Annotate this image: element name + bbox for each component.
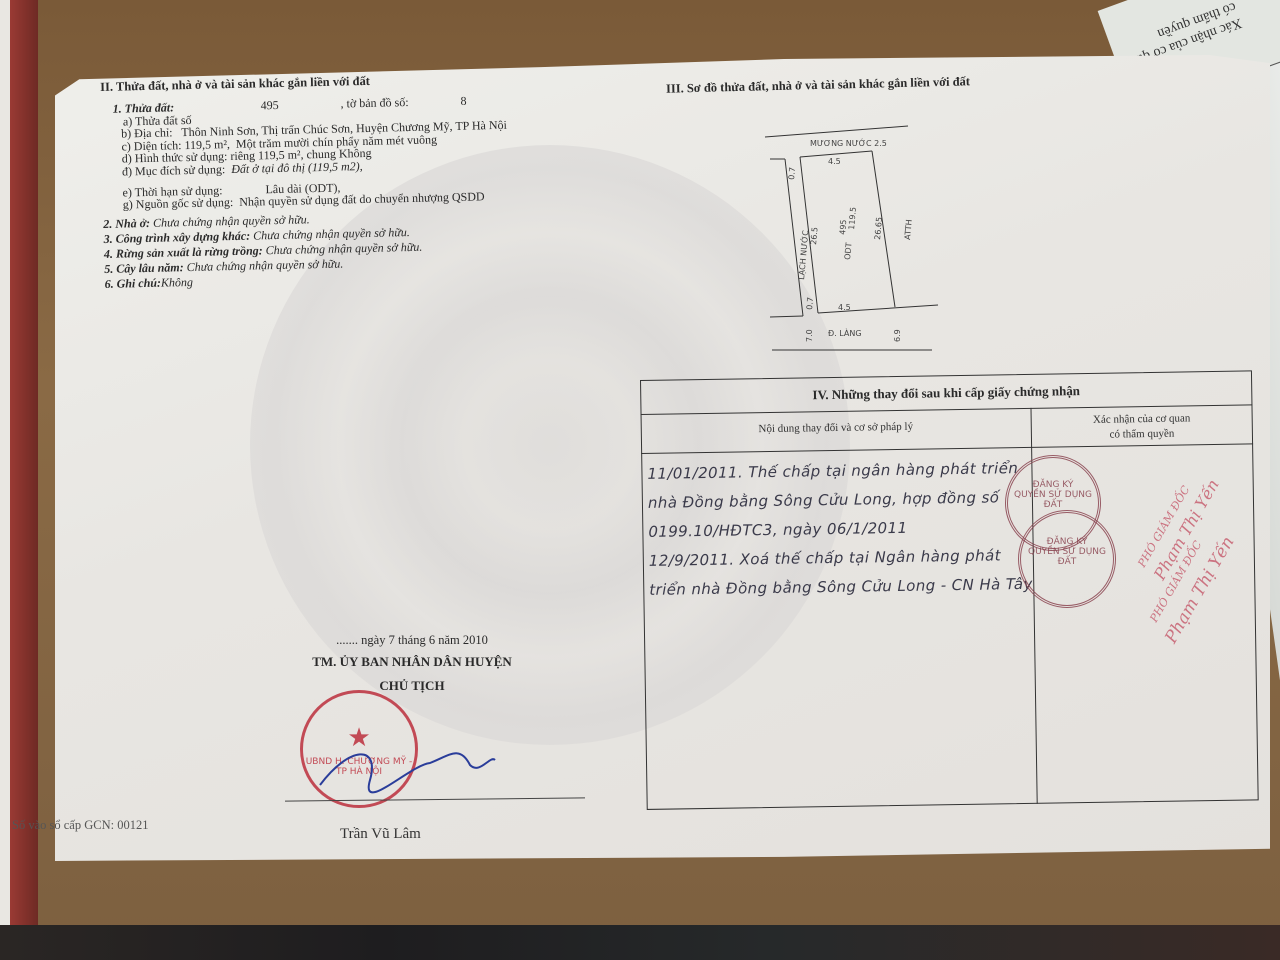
signature-block: ....... ngày 7 tháng 6 năm 2010 TM. ỦY B…	[262, 633, 562, 694]
diagram-left-strip: LẠCH NƯỚC	[795, 229, 811, 280]
diagram-left-strip-bottom: 0.7	[805, 297, 815, 310]
diagram-top-road: MƯƠNG NƯỚC 2.5	[810, 137, 887, 148]
usage-purpose-value: Đất ở tại đô thị (119,5 m2),	[231, 159, 363, 176]
table-row: triển nhà Đồng bằng Sông Cửu Long - CN H…	[649, 570, 1033, 605]
diagram-bottom-right: 6.9	[893, 329, 902, 342]
signer-name: Trần Vũ Lâm	[340, 826, 421, 843]
parcel-diagram: MƯƠNG NƯỚC 2.5 4.5 4.5 Đ. LÀNG 26.5 26.6…	[760, 120, 960, 360]
map-sheet-number: 8	[460, 95, 466, 108]
column-header-confirm: Xác nhận của cơ quan có thẩm quyền	[1031, 410, 1253, 443]
issue-date: ....... ngày 7 tháng 6 năm 2010	[262, 633, 562, 648]
section-land-details: II. Thửa đất, nhà ở và tài sản khác gắn …	[100, 71, 511, 293]
diagram-right-label: ATTH	[903, 219, 914, 240]
diagram-bottom-road: Đ. LÀNG	[828, 327, 862, 338]
background-red-folder	[10, 0, 38, 960]
table-row: nhà Đồng bằng Sông Cửu Long, hợp đồng số	[648, 483, 1032, 518]
origin-label: g) Nguồn gốc sử dụng:	[123, 195, 234, 212]
diagram-parcel-area: 119.5	[847, 207, 858, 231]
parcel-number: 495	[260, 99, 278, 112]
usage-purpose-label: đ) Mục đích sử dụng:	[122, 162, 225, 178]
diagram-top-width: 4.5	[828, 157, 841, 166]
land-label: 1. Thửa đất:	[112, 100, 174, 115]
diagram-bottom-left: 7.0	[805, 329, 814, 342]
registration-stamp-2: ĐĂNG KÝ QUYỀN SỬ DỤNG ĐẤT	[1018, 510, 1116, 608]
diagram-left-length: 26.5	[809, 227, 820, 246]
map-sheet-label: , tờ bản đồ số:	[340, 96, 408, 110]
signer-title: CHỦ TỊCH	[262, 678, 562, 694]
gcn-register-number: Số vào sổ cấp GCN: 00121	[12, 818, 148, 833]
diagram-parcel-code: ODT	[843, 242, 853, 260]
signature-scribble	[310, 735, 500, 795]
ownership-items: 2. Nhà ở: Chưa chứng nhận quyền sở hữu. …	[103, 209, 510, 293]
diagram-right-length: 26.65	[873, 217, 884, 241]
section2-heading: II. Thửa đất, nhà ở và tài sản khác gắn …	[100, 71, 506, 95]
issuing-org: TM. ỦY BAN NHÂN DÂN HUYỆN	[262, 654, 562, 670]
background-floor	[0, 925, 1280, 960]
diagram-left-strip-top: 0.7	[787, 167, 797, 180]
handwritten-entries: 11/01/2011. Thế chấp tại ngân hàng phát …	[647, 454, 1033, 605]
diagram-bottom-width: 4.5	[838, 303, 851, 312]
